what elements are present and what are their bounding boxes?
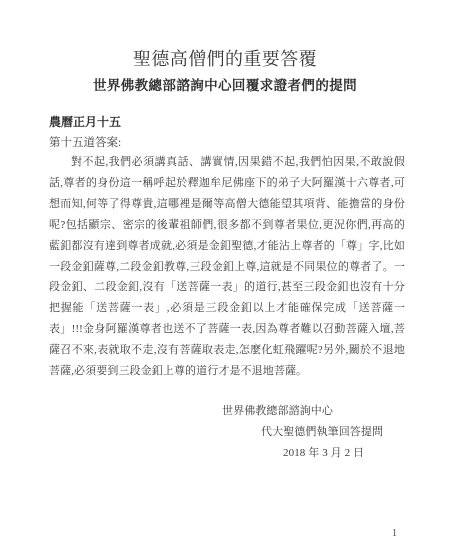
document-page: 聖德高僧們的重要答覆 世界佛教總部諮詢中心回覆求證者們的提問 農曆正月十五 第十…: [0, 0, 450, 550]
document-title: 聖德高僧們的重要答覆: [0, 45, 450, 71]
page-number: 1: [392, 528, 397, 539]
signature-organization: 世界佛教總部諮詢中心: [222, 402, 333, 418]
signature-date: 2018 年 3 月 2 日: [283, 444, 364, 460]
lunar-date-heading: 農曆正月十五: [49, 113, 121, 130]
answer-number-label: 第十五道答案:: [49, 134, 121, 150]
signature-byline: 代大聖德們執筆回答提問: [261, 423, 383, 439]
answer-body-paragraph: 對不起,我們必須講真話、講實情,因果錯不起,我們怕因果,不敢說假話,尊者的身份這…: [49, 152, 405, 382]
document-subtitle: 世界佛教總部諮詢中心回覆求證者們的提問: [0, 74, 450, 94]
